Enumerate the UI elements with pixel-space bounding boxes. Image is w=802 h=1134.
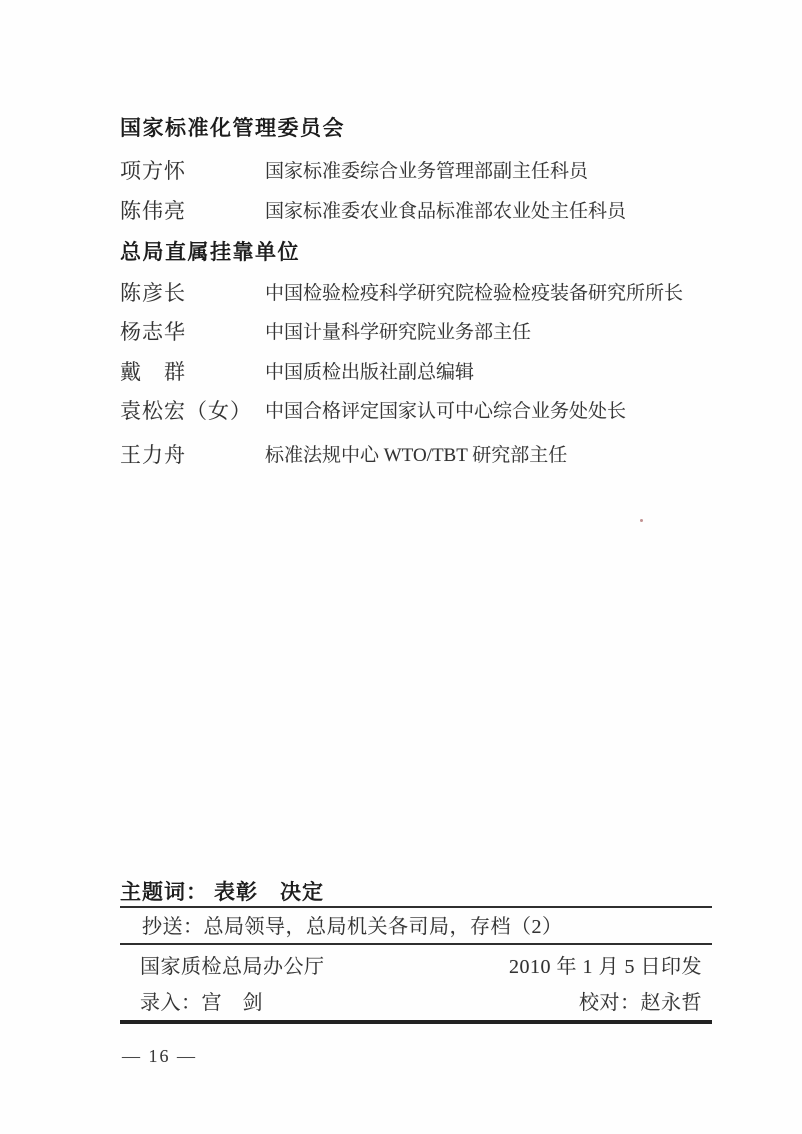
person-name: 戴 群: [120, 360, 265, 385]
person-row: 项方怀 国家标准委综合业务管理部副主任科员: [120, 159, 720, 184]
credits-row: 录入：宫 剑 校对：赵永哲: [140, 991, 702, 1015]
section-1-heading: 国家标准化管理委员会: [120, 116, 345, 142]
person-row: 王力舟 标准法规中心 WTO/TBT 研究部主任: [120, 443, 720, 468]
person-title: 国家标准委综合业务管理部副主任科员: [265, 159, 720, 184]
document-page: 国家标准化管理委员会 项方怀 国家标准委综合业务管理部副主任科员 陈伟亮 国家标…: [0, 0, 802, 1134]
subject-row: 主题词：表彰 决定: [120, 881, 712, 905]
issuing-office: 国家质检总局办公厅: [140, 955, 325, 979]
person-row: 陈彦长 中国检验检疫科学研究院检验检疫装备研究所所长: [120, 281, 720, 306]
person-name: 陈彦长: [120, 281, 265, 306]
cc-line: 抄送：总局领导，总局机关各司局，存档（2）: [142, 915, 712, 939]
person-title: 中国质检出版社副总编辑: [265, 360, 720, 385]
page-number: — 16 —: [122, 1046, 197, 1067]
person-name: 王力舟: [120, 443, 265, 468]
scan-speck: [640, 519, 643, 522]
print-date: 2010 年 1 月 5 日印发: [509, 955, 702, 979]
subject-label: 主题词：: [120, 881, 208, 904]
person-title: 中国合格评定国家认可中心综合业务处处长: [265, 399, 720, 424]
person-name: 项方怀: [120, 159, 265, 184]
subject-terms: 表彰 决定: [214, 881, 324, 904]
typist: 录入：宫 剑: [140, 991, 263, 1015]
bottom-rule: [120, 1020, 712, 1024]
person-name: 陈伟亮: [120, 199, 265, 224]
subject-divider-rule: [120, 906, 712, 908]
person-row: 杨志华 中国计量科学研究院业务部主任: [120, 320, 720, 345]
person-title: 国家标准委农业食品标准部农业处主任科员: [265, 199, 720, 224]
person-title: 中国检验检疫科学研究院检验检疫装备研究所所长: [265, 281, 720, 306]
person-row: 袁松宏（女） 中国合格评定国家认可中心综合业务处处长: [120, 399, 720, 424]
person-title: 标准法规中心 WTO/TBT 研究部主任: [265, 443, 720, 468]
cc-divider-rule: [120, 943, 712, 945]
section-2-heading: 总局直属挂靠单位: [120, 240, 300, 266]
person-row: 戴 群 中国质检出版社副总编辑: [120, 360, 720, 385]
issuer-row: 国家质检总局办公厅 2010 年 1 月 5 日印发: [140, 955, 702, 979]
person-name: 袁松宏（女）: [120, 399, 265, 424]
person-name: 杨志华: [120, 320, 265, 345]
proofreader: 校对：赵永哲: [579, 991, 702, 1015]
person-title: 中国计量科学研究院业务部主任: [265, 320, 720, 345]
person-row: 陈伟亮 国家标准委农业食品标准部农业处主任科员: [120, 199, 720, 224]
